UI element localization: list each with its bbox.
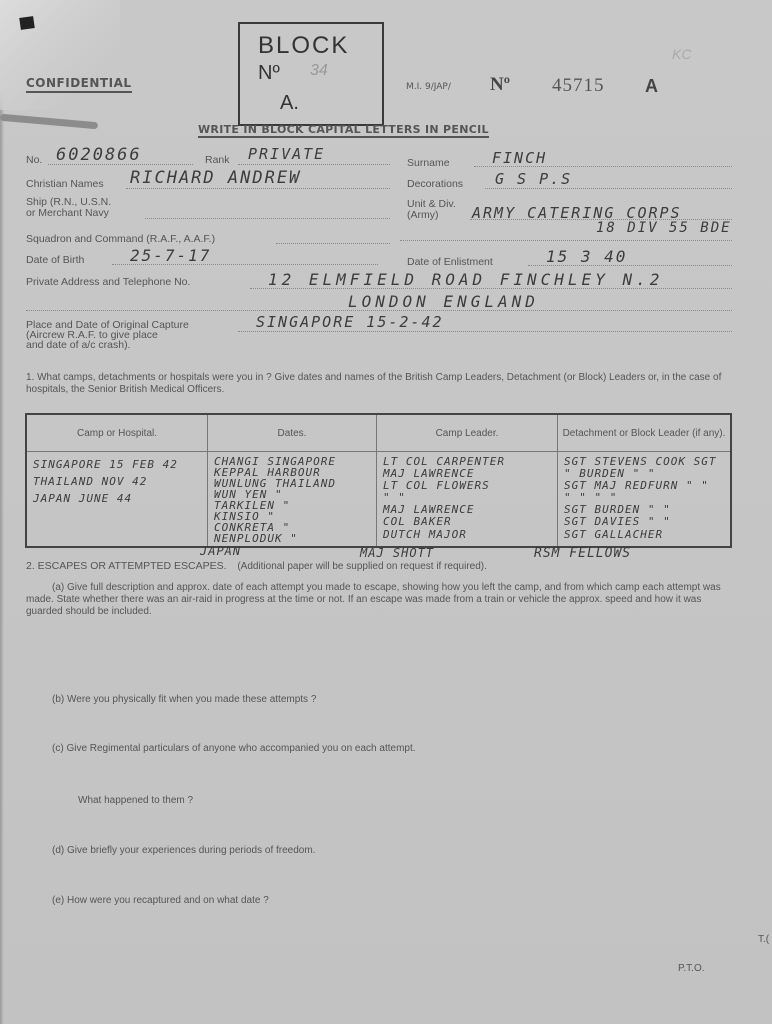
- header-camp-leader: Camp Leader.: [377, 414, 558, 452]
- surname-value[interactable]: FINCH: [492, 149, 547, 167]
- question-2-note: (Additional paper will be supplied on re…: [237, 561, 487, 572]
- pto-label: P.T.O.: [678, 963, 705, 975]
- camp-entry: SINGAPORE 15 FEB 42: [33, 456, 203, 473]
- field-rule: [238, 331, 732, 332]
- question-2-title: 2. ESCAPES OR ATTEMPTED ESCAPES.: [26, 560, 227, 572]
- camp-or-hospital-cell[interactable]: SINGAPORE 15 FEB 42 THAILAND NOV 42 JAPA…: [26, 452, 208, 548]
- field-rule: [238, 164, 390, 165]
- christian-names-label: Christian Names: [26, 178, 104, 190]
- leader-entry: COL BAKER: [383, 516, 553, 528]
- block-leader-entry-overflow: RSM FELLOWS: [534, 548, 631, 559]
- paper-clip: [19, 16, 35, 30]
- field-rule: [485, 188, 732, 189]
- field-rule: [26, 310, 732, 311]
- field-rule: [474, 166, 732, 167]
- form-ref-suffix: A: [645, 76, 658, 97]
- enlistment-label: Date of Enlistment: [407, 256, 493, 268]
- question-2a: (a) Give full description and approx. da…: [26, 582, 734, 618]
- tie-string: [0, 114, 98, 130]
- block-stamp-letter: A.: [280, 92, 299, 115]
- leader-entry-overflow: MAJ SHOTT: [360, 548, 434, 559]
- address-label: Private Address and Telephone No.: [26, 276, 190, 288]
- field-rule: [112, 264, 378, 265]
- decorations-value[interactable]: G S P.S: [495, 170, 572, 188]
- block-leader-entry: SGT DAVIES " ": [564, 516, 726, 528]
- unit-label: Unit & Div. (Army): [407, 199, 456, 221]
- block-stamp-no-value: 34: [310, 62, 328, 80]
- field-rule: [528, 265, 732, 266]
- number-value[interactable]: 6020866: [56, 145, 142, 165]
- pencil-annotation: KC: [672, 46, 691, 62]
- dob-value[interactable]: 25-7-17: [130, 246, 211, 265]
- camps-table-body: SINGAPORE 15 FEB 42 THAILAND NOV 42 JAPA…: [26, 452, 731, 548]
- camps-table-header: Camp or Hospital. Dates. Camp Leader. De…: [26, 414, 731, 452]
- capture-label: Place and Date of Original Capture (Airc…: [26, 320, 189, 350]
- form-instruction: WRITE IN BLOCK CAPITAL LETTERS IN PENCIL: [198, 123, 489, 138]
- camp-leader-cell[interactable]: LT COL CARPENTER MAJ LAWRENCE LT COL FLO…: [377, 452, 558, 548]
- header-camp-or-hospital: Camp or Hospital.: [26, 414, 208, 452]
- field-rule: [145, 218, 390, 219]
- form-ref-no-label: Nº: [490, 74, 510, 96]
- number-label: No.: [26, 154, 42, 166]
- field-rule: [276, 243, 390, 244]
- form-ref-number: 45715: [552, 75, 605, 97]
- rank-label: Rank: [205, 154, 230, 166]
- question-2c: (c) Give Regimental particulars of anyon…: [52, 743, 416, 755]
- decorations-label: Decorations: [407, 178, 463, 190]
- question-2d: (d) Give briefly your experiences during…: [52, 845, 315, 857]
- camps-table: Camp or Hospital. Dates. Camp Leader. De…: [25, 413, 732, 548]
- classification-label: CONFIDENTIAL: [26, 76, 132, 93]
- surname-label: Surname: [407, 157, 450, 169]
- block-stamp-title: BLOCK: [258, 32, 349, 60]
- field-rule: [470, 219, 732, 220]
- question-1-text: 1. What camps, detachments or hospitals …: [26, 372, 734, 396]
- rank-value[interactable]: PRIVATE: [248, 145, 325, 163]
- dates-entry: NENPLODUK ": [214, 533, 372, 544]
- block-leader-entry: SGT GALLACHER: [564, 528, 726, 542]
- question-2c-followup: What happened to them ?: [78, 795, 193, 807]
- address-value-line1[interactable]: 12 ELMFIELD ROAD FINCHLEY N.2: [268, 270, 663, 289]
- dob-label: Date of Birth: [26, 254, 84, 266]
- dates-entry-overflow: JAPAN: [200, 546, 241, 557]
- ship-label-line2: or Merchant Navy: [26, 208, 111, 219]
- unit-value-line2[interactable]: 18 DIV 55 BDE: [596, 220, 732, 236]
- capture-value[interactable]: SINGAPORE 15-2-42: [256, 313, 444, 331]
- unit-label-line2: (Army): [407, 210, 456, 221]
- block-stamp-no-label: Nº: [258, 62, 280, 85]
- christian-names-value[interactable]: RICHARD ANDREW: [130, 168, 301, 188]
- dates-cell[interactable]: CHANGI SINGAPORE KEPPAL HARBOUR WUNLUNG …: [208, 452, 377, 548]
- question-2-heading: 2. ESCAPES OR ATTEMPTED ESCAPES. (Additi…: [26, 560, 487, 573]
- edge-mark: T.(: [758, 934, 769, 946]
- address-value-line2[interactable]: LONDON ENGLAND: [348, 292, 539, 311]
- leader-entry: DUTCH MAJOR: [383, 528, 553, 542]
- question-2e: (e) How were you recaptured and on what …: [52, 895, 269, 907]
- torn-corner: [0, 0, 120, 110]
- field-rule: [48, 164, 193, 165]
- camp-entry: THAILAND NOV 42: [33, 473, 203, 490]
- squadron-label: Squadron and Command (R.A.F., A.A.F.): [26, 233, 215, 245]
- header-dates: Dates.: [208, 414, 377, 452]
- question-2b: (b) Were you physically fit when you mad…: [52, 694, 316, 706]
- leader-entry: LT COL FLOWERS: [383, 480, 553, 492]
- form-ref-prefix: M.I. 9/JAP/: [406, 82, 451, 92]
- camp-entry: JAPAN JUNE 44: [33, 490, 203, 507]
- enlistment-value[interactable]: 15 3 40: [546, 247, 627, 266]
- field-rule: [250, 288, 732, 289]
- ship-label: Ship (R.N., U.S.N. or Merchant Navy: [26, 197, 111, 219]
- page-left-edge: [0, 0, 4, 1024]
- block-leader-cell[interactable]: SGT STEVENS COOK SGT " BURDEN " " SGT MA…: [558, 452, 732, 548]
- header-block-leader: Detachment or Block Leader (if any).: [558, 414, 732, 452]
- block-stamp: BLOCK Nº 34 A.: [238, 22, 384, 126]
- capture-label-line3: and date of a/c crash).: [26, 340, 189, 350]
- field-rule: [126, 188, 390, 189]
- field-rule: [400, 240, 732, 241]
